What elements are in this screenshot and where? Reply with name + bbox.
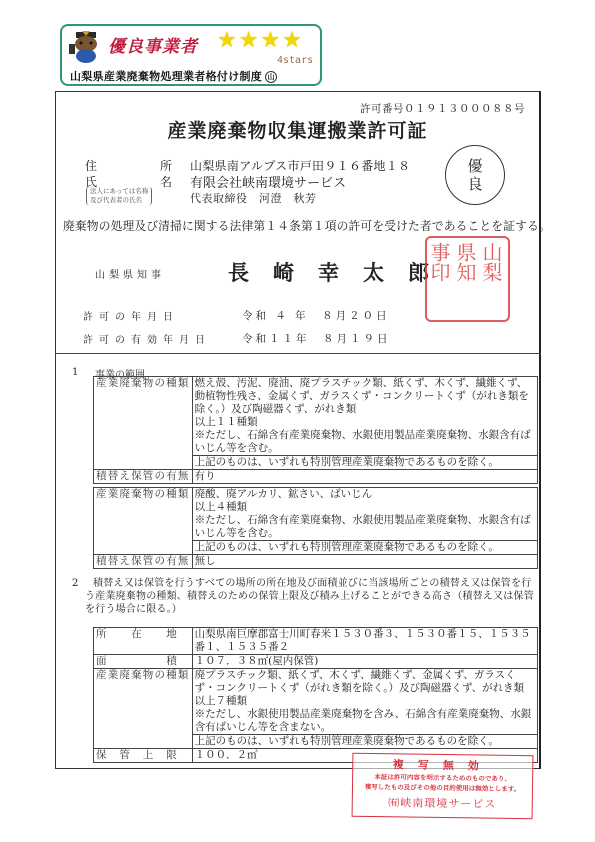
- section-divider: [55, 353, 541, 354]
- storage-exclusion-note: 上記のものは、いずれも特別管理産業廃棄物であるものを除く。: [192, 735, 537, 749]
- area-label: 面 積: [94, 655, 193, 669]
- exclusion-note: 上記のものは、いずれも特別管理産業廃棄物であるものを除く。: [192, 541, 537, 555]
- excellent-circle-mark: 優 良: [445, 145, 505, 205]
- rating-system-text: 山梨県産業廃棄物処理業者格付け制度: [70, 70, 262, 83]
- location-value: 山梨県南巨摩郡富士川町春米１５３０番３、１５３０番１５、１５３５番１、１５３５番…: [192, 628, 537, 655]
- excellent-mark-char2: 良: [446, 175, 504, 193]
- scope-table-1: 産業廃棄物の種類 燃え殻、汚泥、廃油、廃プラスチック類、紙くず、木くず、繊維くず…: [93, 376, 538, 484]
- scope-table-2: 産業廃棄物の種類 廃酸、廃アルカリ、鉱さい、ばいじん 以上４種類 ※ただし、石綿…: [93, 487, 538, 569]
- stamp-company: ㈲峡南環境サービス: [353, 794, 532, 812]
- waste-count: 以上４種類: [195, 501, 535, 514]
- governor-seal-icon: 山梨 県知 事印: [425, 236, 510, 322]
- waste-note: ※ただし、石綿含有産業廃棄物、水銀使用製品産業廃棄物、水銀含有ばいじん等を含む。: [195, 514, 535, 540]
- representative-name: 代表取締役 河澄 秋芳: [190, 190, 317, 206]
- waste-types: 廃酸、廃アルカリ、鉱さい、ばいじん: [195, 488, 535, 501]
- location-label: 所 在 地: [94, 628, 193, 655]
- area-value: １０７．３８㎡(屋内保管): [192, 655, 537, 669]
- section2-description: 積替え又は保管を行うすべての場所の所在地及び面積並びに当該場所ごとの積替え又は保…: [85, 577, 535, 616]
- storage-waste-type-label: 産業廃棄物の種類: [94, 669, 193, 749]
- waste-types: 燃え殻、汚泥、廃油、廃プラスチック類、紙くず、木くず、繊維くず、動植物性残さ、金…: [195, 377, 535, 416]
- valid-date-value: 令和１１年 ８月１９日: [242, 331, 391, 346]
- address-label: 住: [85, 157, 97, 174]
- storage-site-table: 所 在 地 山梨県南巨摩郡富士川町春米１５３０番３、１５３０番１５、１５３５番１…: [93, 627, 538, 763]
- section1-number: 1: [72, 367, 78, 378]
- waste-note: ※ただし、石綿含有産業廃棄物、水銀使用製品産業廃棄物、水銀含有ばいじん等を含む。: [195, 429, 535, 455]
- excellent-mark-char1: 優: [446, 157, 504, 175]
- storage-waste-types: 廃プラスチック類、紙くず、木くず、繊維くず、金属くず、ガラスくず・コンクリートく…: [195, 669, 535, 695]
- section2-number: 2: [72, 578, 78, 589]
- corporate-note-line2: 及び代表者の氏名: [90, 196, 148, 205]
- document-title: 産業廃棄物収集運搬業許可証: [0, 116, 595, 143]
- stamp-line2: 複写したもの及びその他の目的使用は無効とします。: [353, 782, 532, 794]
- stars-label: 4stars: [277, 55, 313, 66]
- corporate-note: 法人にあっては名称 及び代表者の氏名: [86, 187, 152, 205]
- name-label-2: 名: [160, 173, 172, 190]
- company-name: 有限会社峡南環境サービス: [190, 172, 346, 191]
- permit-number: 許可番号０１９１３０００８８号: [360, 101, 525, 116]
- storage-value: 無し: [192, 555, 537, 569]
- permit-date-label: 許可の年月日: [83, 308, 179, 323]
- seal-chars-1: 山梨: [478, 242, 504, 282]
- storage-label: 積替え保管の有無: [94, 555, 193, 569]
- corporate-note-line1: 法人にあっては名称: [90, 187, 148, 196]
- seal-chars-2: 県知: [452, 242, 478, 282]
- waste-count: 以上１１種類: [195, 416, 535, 429]
- certification-statement: 廃棄物の処理及び清掃に関する法律第１４条第１項の許可を受けた者であることを証する…: [63, 217, 551, 234]
- copy-invalid-stamp: 複写無効 本証は許可内容を明示するためのものであり、 複写したもの及びその他の目…: [352, 753, 534, 820]
- exclusion-note: 上記のものは、いずれも特別管理産業廃棄物であるものを除く。: [192, 456, 537, 470]
- governor-title: 山梨県知事: [95, 266, 165, 281]
- excellent-operator-badge: 優良事業者 ★★★★ 4stars 山梨県産業廃棄物処理業者格付け制度山: [60, 24, 322, 86]
- storage-value: 有り: [192, 470, 537, 484]
- badge-title: 優良事業者: [108, 32, 198, 57]
- mascot-icon: [68, 30, 104, 64]
- star-rating-icons: ★★★★: [217, 28, 304, 53]
- rating-system-name: 山梨県産業廃棄物処理業者格付け制度山: [70, 68, 277, 84]
- waste-types-cell: 廃酸、廃アルカリ、鉱さい、ばいじん 以上４種類 ※ただし、石綿含有産業廃棄物、水…: [192, 488, 537, 541]
- seal-chars-3: 事印: [426, 242, 452, 282]
- storage-label: 積替え保管の有無: [94, 470, 193, 484]
- storage-waste-note: ※ただし、水銀使用製品産業廃棄物を含み、石綿含有産業廃棄物、水銀含有ばいじん等を…: [195, 708, 535, 734]
- waste-type-label: 産業廃棄物の種類: [94, 377, 193, 470]
- storage-waste-types-cell: 廃プラスチック類、紙くず、木くず、繊維くず、金属くず、ガラスくず・コンクリートく…: [192, 669, 537, 735]
- waste-types-cell: 燃え殻、汚泥、廃油、廃プラスチック類、紙くず、木くず、繊維くず、動植物性残さ、金…: [192, 377, 537, 456]
- storage-limit-label: 保 管 上 限: [94, 749, 193, 763]
- storage-waste-count: 以上７種類: [195, 695, 535, 708]
- waste-type-label: 産業廃棄物の種類: [94, 488, 193, 555]
- permit-date-value: 令和 ４ 年 ８月２０日: [242, 308, 390, 323]
- yamanashi-mark-icon: 山: [265, 71, 277, 83]
- governor-name: 長崎幸太郎: [228, 257, 453, 287]
- valid-date-label: 許可の有効年月日: [83, 331, 211, 346]
- address-label-2: 所: [160, 157, 172, 174]
